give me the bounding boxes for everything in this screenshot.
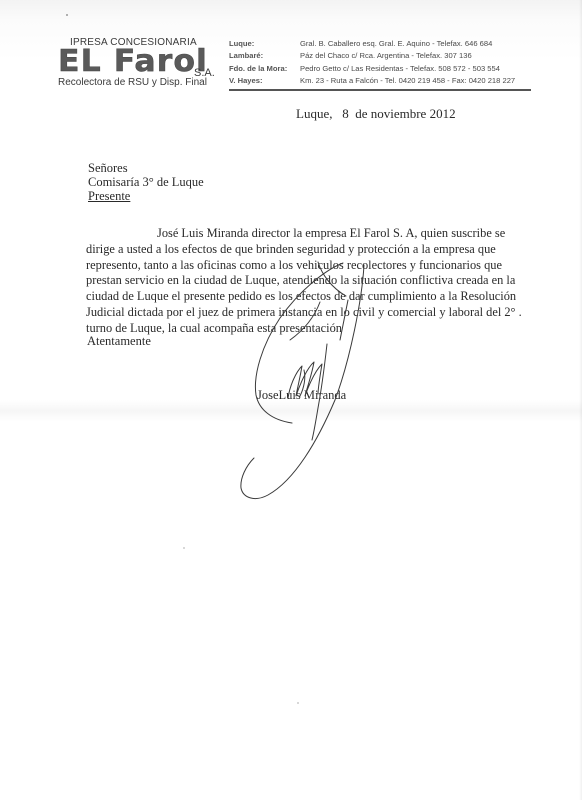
branch-address: Km. 23 - Ruta a Falcón - Tel. 0420 219 4… <box>300 76 534 85</box>
scan-speck <box>66 14 68 16</box>
letter-body: José Luis Miranda director la empresa El… <box>86 226 526 337</box>
logo-brand-name: EL Farol <box>58 47 208 77</box>
branch-address: Páz del Chaco c/ Rca. Argentina - Telefa… <box>300 51 534 60</box>
letter-date: Luque, 8 de noviembre 2012 <box>296 106 456 122</box>
branch-city: Luque: <box>229 39 300 48</box>
letter-closing: Atentamente <box>87 334 151 349</box>
recipient-presente: Presente <box>88 189 204 203</box>
branch-row: Luque: Gral. B. Caballero esq. Gral. E. … <box>229 37 534 50</box>
logo-subtitle: Recolectora de RSU y Disp. Final <box>58 77 207 88</box>
branch-address: Pedro Getto c/ Las Residentas - Telefax.… <box>300 64 534 73</box>
scan-speck <box>297 702 299 704</box>
letter-body-text: José Luis Miranda director la empresa El… <box>86 226 522 335</box>
scan-shadow <box>0 400 582 422</box>
branch-row: Lambaré: Páz del Chaco c/ Rca. Argentina… <box>229 50 534 63</box>
branch-city: Fdo. de la Mora: <box>229 64 300 73</box>
branch-row: V. Hayes: Km. 23 - Ruta a Falcón - Tel. … <box>229 75 534 88</box>
branch-list: Luque: Gral. B. Caballero esq. Gral. E. … <box>229 37 534 87</box>
recipient-block: Señores Comisaría 3° de Luque Presente <box>88 161 204 203</box>
recipient-name: Comisaría 3° de Luque <box>88 175 204 189</box>
branch-row: Fdo. de la Mora: Pedro Getto c/ Las Resi… <box>229 62 534 75</box>
scan-speck <box>183 547 185 549</box>
letter-page: IPRESA CONCESIONARIA EL Farol S.A. Recol… <box>0 0 582 800</box>
branch-city: Lambaré: <box>229 51 300 60</box>
signer-name: JoseLuis Miranda <box>257 388 346 403</box>
letterhead-divider <box>229 89 531 91</box>
branch-city: V. Hayes: <box>229 76 300 85</box>
recipient-salutation: Señores <box>88 161 204 175</box>
branch-address: Gral. B. Caballero esq. Gral. E. Aquino … <box>300 39 534 48</box>
company-logo: IPRESA CONCESIONARIA EL Farol S.A. Recol… <box>56 35 221 95</box>
